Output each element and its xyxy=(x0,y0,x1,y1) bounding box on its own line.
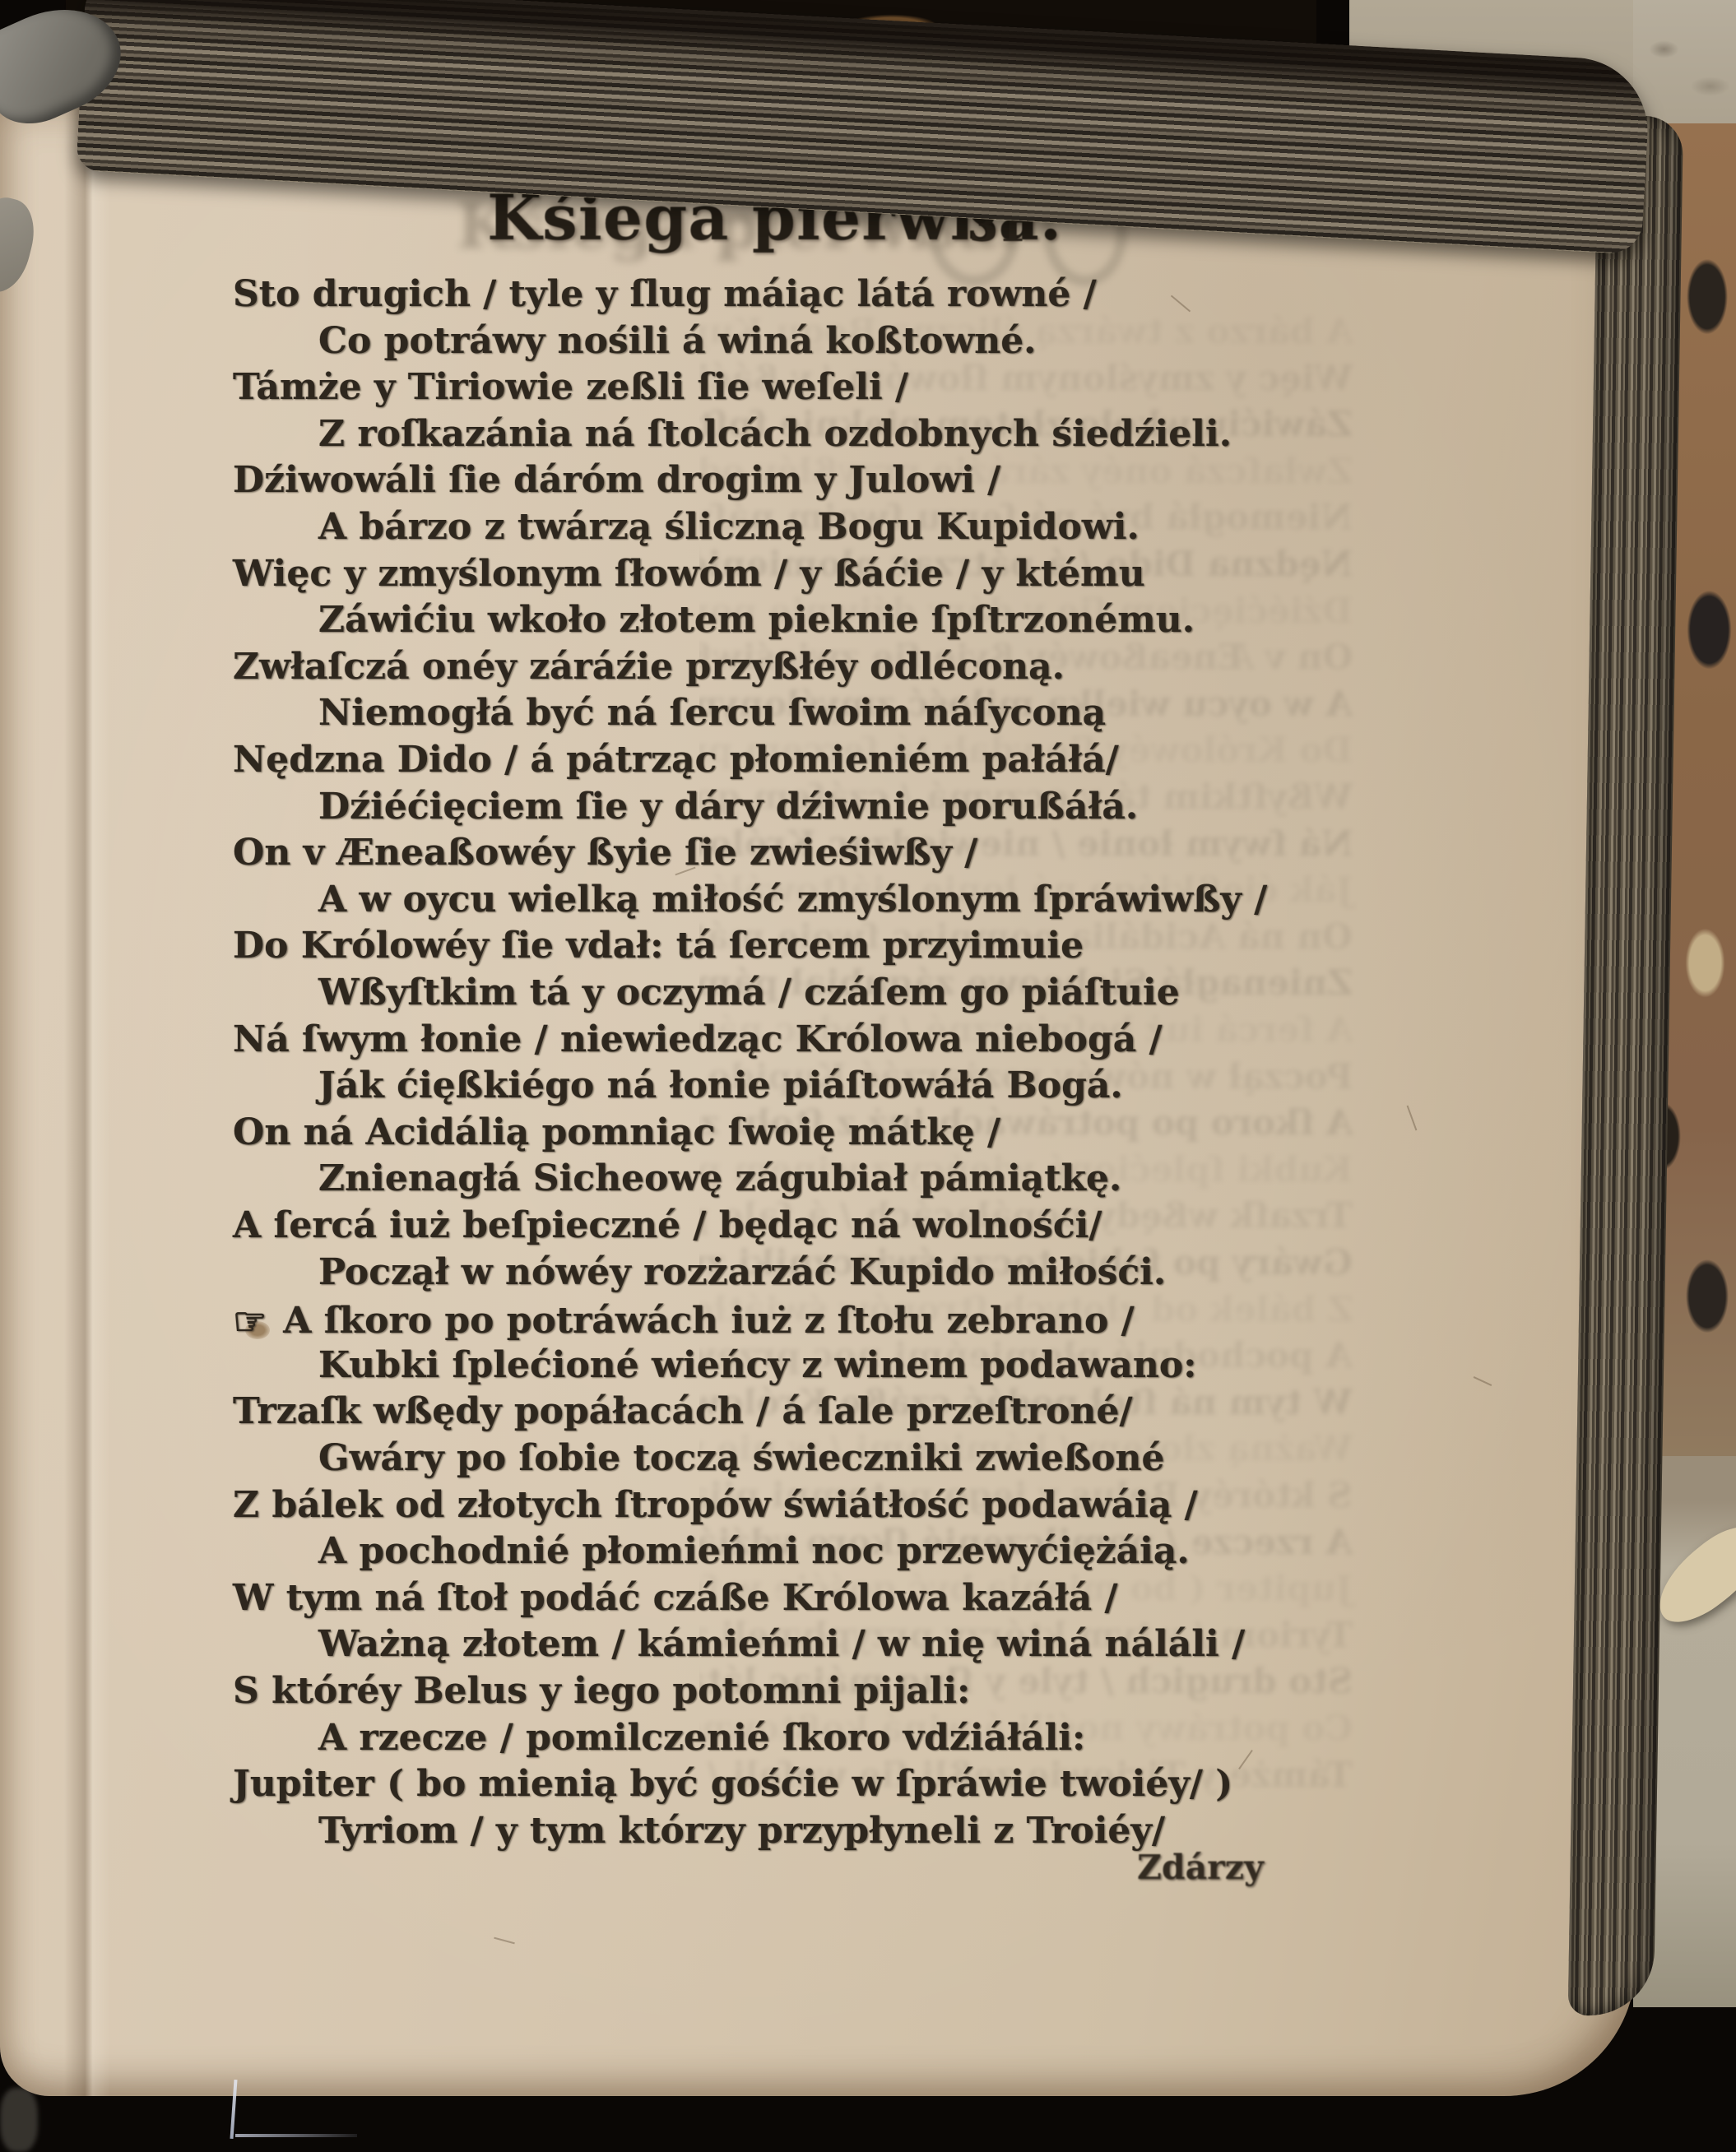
poem-line: A w oycu wielką miłość zmyślonym ſpráwiw… xyxy=(233,879,1267,921)
poem-line: Sto drugich / tyle y ſlug máiąc látá row… xyxy=(233,273,1097,315)
catchword: Zdárzy xyxy=(1137,1848,1264,1887)
page-gutter-shadow xyxy=(64,97,110,2096)
paper-fiber xyxy=(1474,1376,1492,1386)
poem-line: Z roſkazánia ná ſtolcách ozdobnych śiedź… xyxy=(233,413,1232,455)
poem-line: Co potráwy nośili á winá koßtowné. xyxy=(233,320,1037,362)
poem-line: A ſercá iuż beſpieczné / będąc ná wolnoś… xyxy=(233,1204,1102,1246)
book-scan: A bárzo z twárzą śliczną Bogu Kupidowi.W… xyxy=(0,0,1736,2152)
poem-line: Znienagłá Sicheowę zágubiał pámiątkę. xyxy=(233,1157,1121,1199)
poem-line: S któréy Belus y iego potomni pijali: xyxy=(233,1670,970,1712)
poem-line: Támże y Tiriowie zeßli ſie weſeli / xyxy=(233,366,908,408)
poem-line: Ják ćięßkiégo ná łonie piáſtowáłá Bogá. xyxy=(233,1064,1123,1106)
shadow-blob xyxy=(0,2088,38,2152)
paper-fiber xyxy=(494,1937,515,1945)
poem-line: Wßyſtkim tá y oczymá / czáſem go piáſtui… xyxy=(233,972,1180,1013)
endpaper-gray-top xyxy=(1633,0,1736,123)
poem-line: Dźiwowáli ſie dáróm drogim y Julowi / xyxy=(233,459,1000,501)
paper-fiber xyxy=(1407,1106,1418,1131)
poem-line: On v Æneaßowéy ßyie ſie zwieśiwßy / xyxy=(233,832,977,874)
poem-line: On ná Acidálią pomniąc ſwoię mátkę / xyxy=(233,1111,1000,1153)
poem-line: Kubki ſplećioné wieńcy z winem podawano: xyxy=(233,1344,1196,1386)
poem-line: Z bálek od złotych ſtropów świátłość pod… xyxy=(233,1484,1198,1526)
poem-line: A rzecze / pomilczenié ſkoro vdźiáłáli: xyxy=(233,1717,1085,1759)
poem-line: Ná ſwym łonie / niewiedząc Królowa niebo… xyxy=(233,1018,1163,1060)
poem-line: Więc y zmyślonym ſłowóm / y ßáćie / y kt… xyxy=(233,553,1145,595)
poem-line: ☞A ſkoro po potráwách iuż z ſtołu zebran… xyxy=(233,1297,1135,1342)
poem-line: Począł w nówéy rozżarzáć Kupido miłośći. xyxy=(233,1251,1166,1293)
poem-line: Záwićiu wkoło złotem pieknie ſpſtrzonému… xyxy=(233,599,1195,641)
poem-line: Tyriom / y tym którzy przypłyneli z Troi… xyxy=(233,1810,1165,1852)
poem-line: Jupiter ( bo mienią być gośćie w ſpráwie… xyxy=(233,1763,1232,1805)
poem-line: Do Królowéy ſie vdał: tá ſercem przyimui… xyxy=(233,925,1084,967)
poem-line: W tym ná ſtoł podáć czáße Królowa kazáłá… xyxy=(233,1577,1118,1619)
poem-line: Trzaſk wßędy popáłacách / á ſale przeſtr… xyxy=(233,1390,1133,1432)
poem-line: Dźiéćięciem ſie y dáry dźiwnie porußáłá. xyxy=(233,786,1138,828)
poem-line: Niemogłá być ná ſercu ſwoim náſyconą xyxy=(233,692,1106,734)
poem-line: A bárzo z twárzą śliczną Bogu Kupidowi. xyxy=(233,506,1140,548)
manicule-icon: ☞ xyxy=(233,1299,267,1343)
poem-line: Gwáry po ſobie toczą świeczniki zwießoné xyxy=(233,1437,1165,1479)
page-edge-highlight xyxy=(235,2134,357,2137)
poem-line: Nędzna Dido / á pátrząc płomieniém pałáł… xyxy=(233,739,1119,781)
book-page: A bárzo z twárzą śliczną Bogu Kupidowi.W… xyxy=(0,97,1636,2096)
poem-line: Ważną złotem / kámieńmi / w nię winá nál… xyxy=(233,1623,1245,1665)
poem-line: A pochodnié płomieńmi noc przewyćiężáią. xyxy=(233,1530,1190,1572)
poem-line: Zwłaſczá onéy záráźie przyßłéy odléconą. xyxy=(233,646,1065,688)
